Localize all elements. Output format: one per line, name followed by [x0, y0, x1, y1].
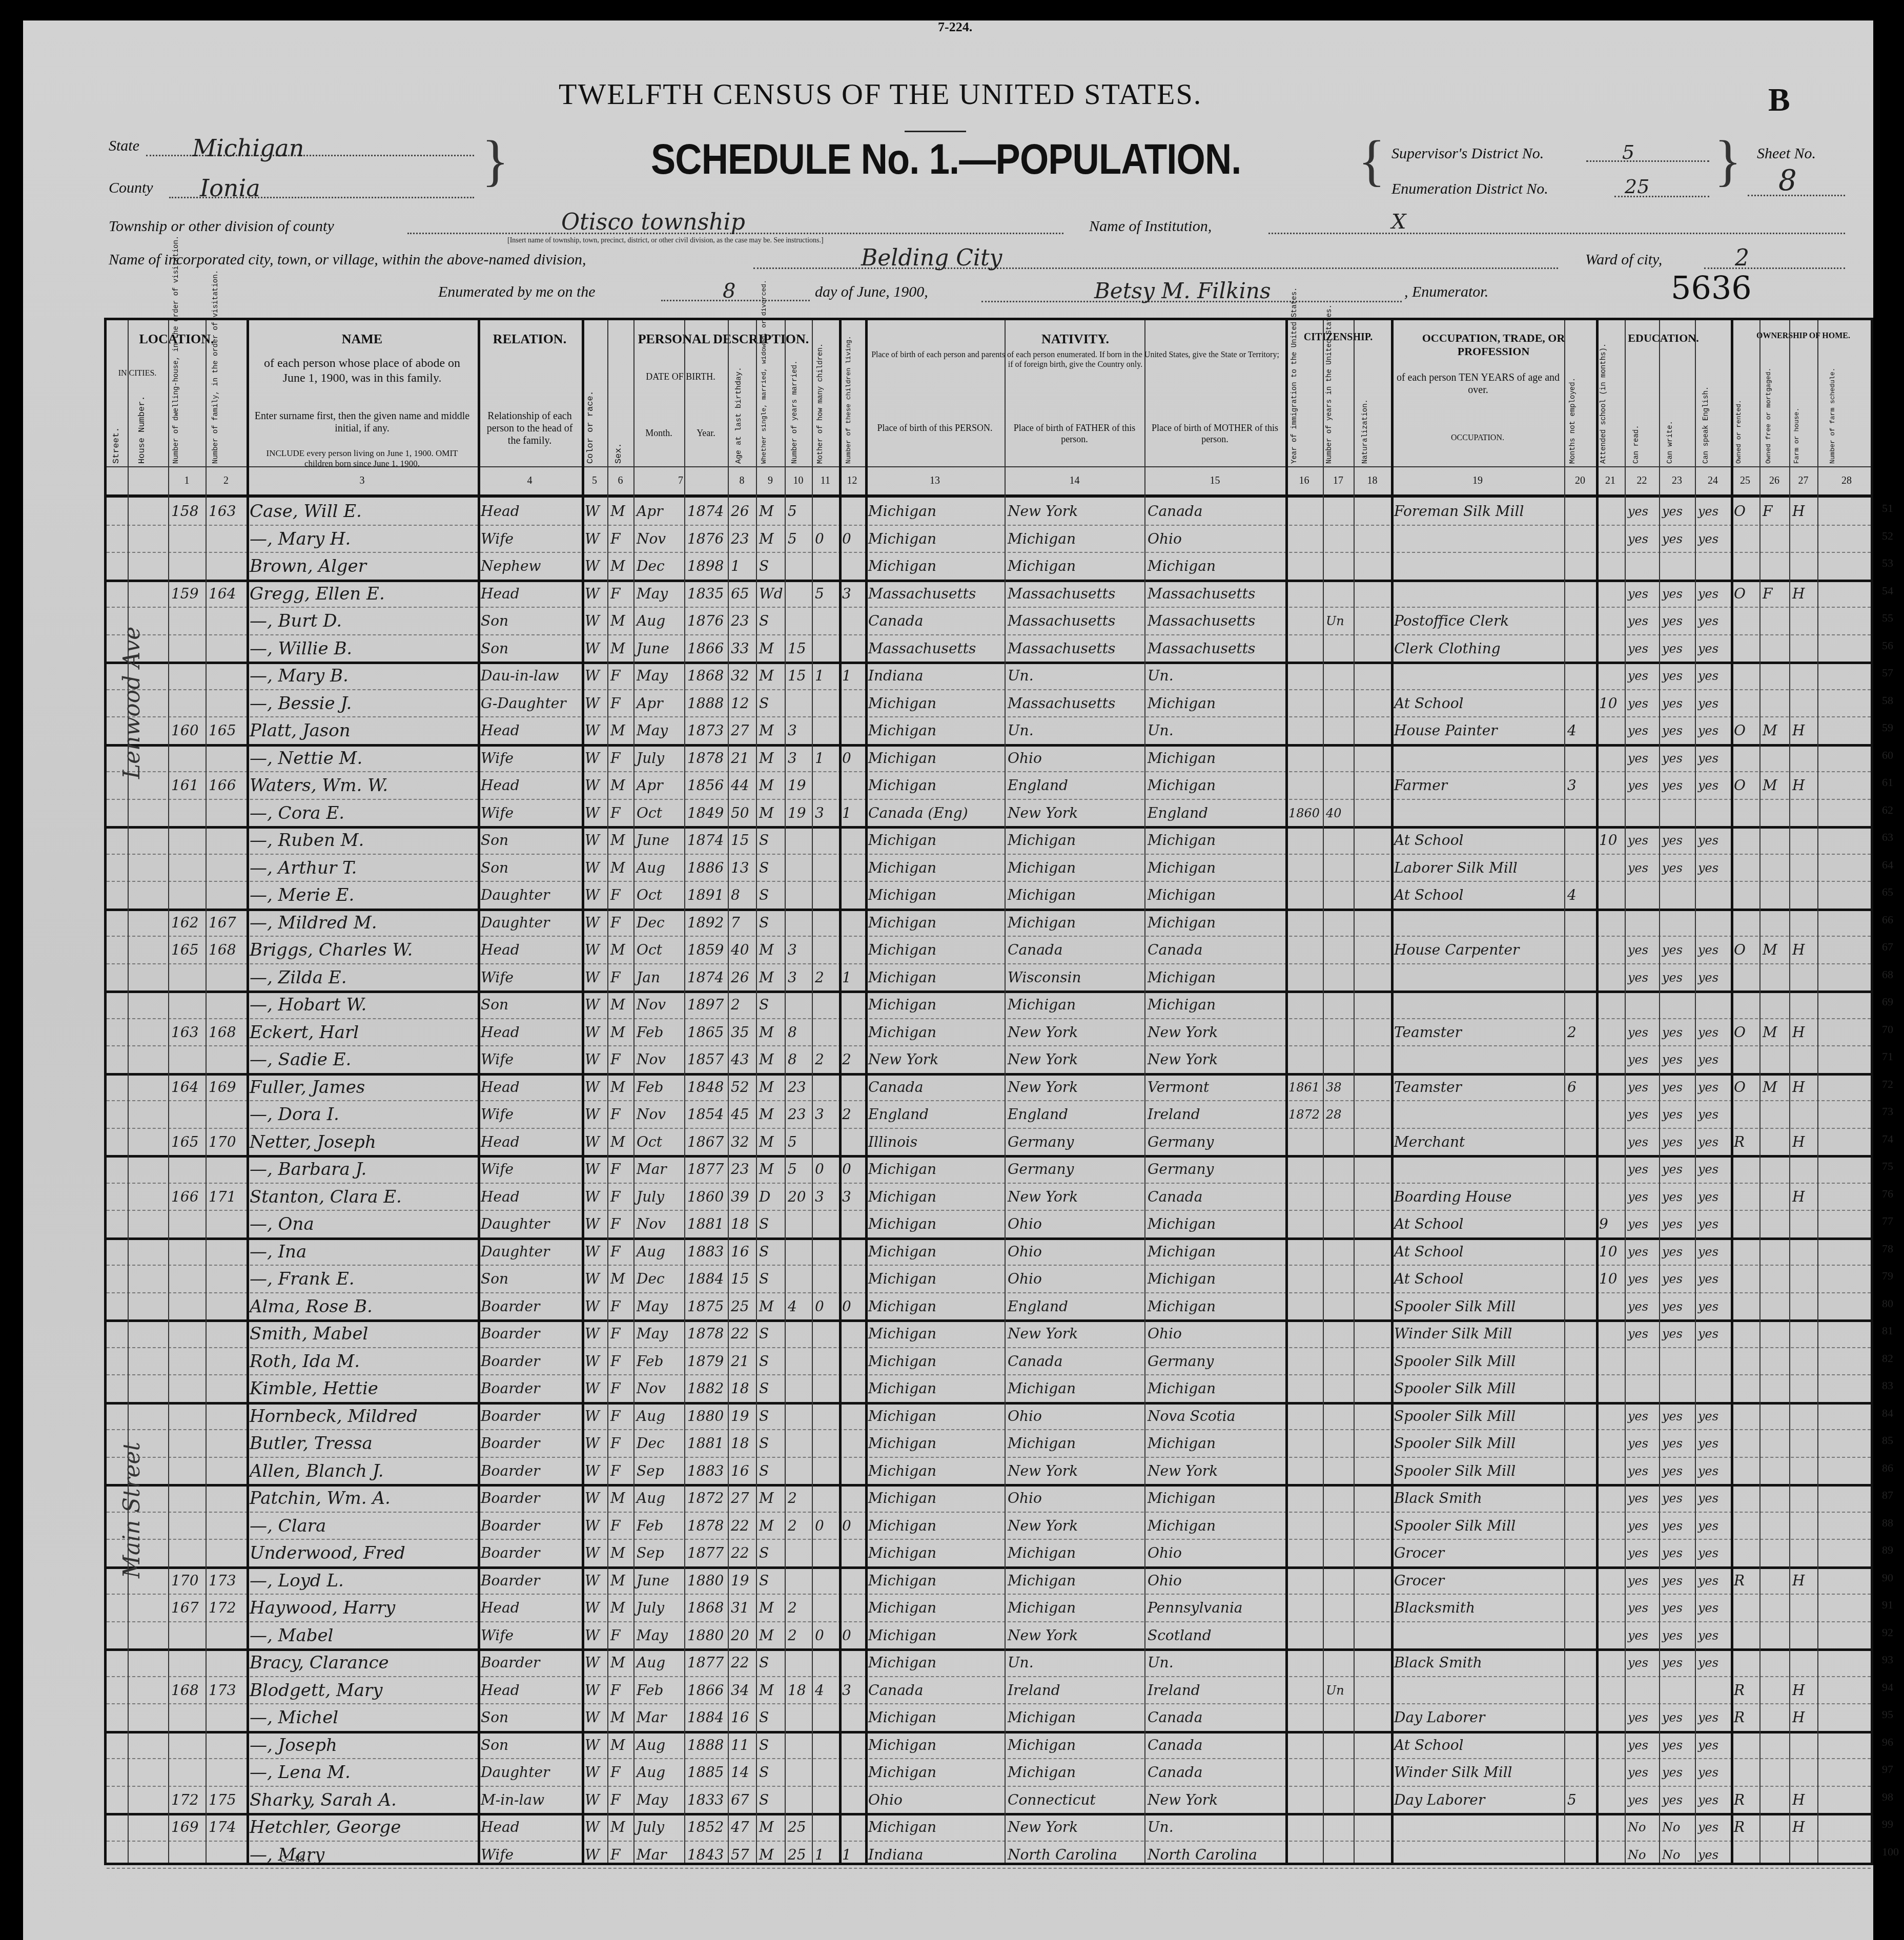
header-birth-mother: Place of birth of MOTHER of this person.	[1150, 423, 1280, 445]
cell-write: yes	[1662, 691, 1694, 716]
cell-unemp	[1567, 499, 1595, 524]
cell-school	[1599, 938, 1624, 962]
cell-month: Oct	[637, 1130, 683, 1154]
cell-yrs-us	[1326, 1459, 1353, 1483]
cell-birth: Michigan	[868, 1760, 1004, 1785]
cell-free: M	[1763, 718, 1788, 743]
cell-month: Mar	[637, 1705, 683, 1730]
cell-month: Sep	[637, 1459, 683, 1483]
cell-english: yes	[1698, 1788, 1730, 1812]
cell-write: yes	[1662, 664, 1694, 688]
cell-family	[209, 828, 245, 853]
column-number: 20	[1564, 475, 1596, 487]
cell-free	[1763, 691, 1788, 716]
cell-mother: Massachusetts	[1148, 636, 1284, 661]
cell-nat	[1357, 1185, 1390, 1209]
supervisor-field[interactable]: 5	[1586, 141, 1709, 162]
cell-marital: M	[759, 664, 784, 688]
cell-owned: R	[1734, 1130, 1758, 1154]
cell-dwelling: 165	[171, 938, 204, 962]
cell-english: yes	[1698, 1075, 1730, 1100]
cell-father: Michigan	[1008, 883, 1143, 907]
line-number: 99	[1882, 1818, 1893, 1831]
cell-family: 173	[209, 1678, 245, 1703]
cell-free	[1763, 1240, 1788, 1264]
cell-father: Michigan	[1008, 1541, 1143, 1565]
cell-yrs-us: 40	[1326, 801, 1353, 825]
cell-school	[1599, 1349, 1624, 1374]
cell-imm: 1860	[1288, 801, 1322, 825]
cell-nat	[1357, 1322, 1390, 1346]
census-title: TWELFTH CENSUS OF THE UNITED STATES.	[559, 77, 1202, 111]
cell-marital: Wd	[759, 582, 784, 606]
cell-school	[1599, 1678, 1624, 1703]
cell-free: F	[1763, 582, 1788, 606]
cell-sex: F	[610, 1322, 632, 1346]
cell-nat	[1357, 1157, 1390, 1182]
cell-write: yes	[1662, 1267, 1694, 1291]
cell-month: July	[637, 1815, 683, 1840]
line-number: 81	[1882, 1324, 1893, 1337]
cell-family: 171	[209, 1185, 245, 1209]
cell-school	[1599, 1596, 1624, 1620]
cell-month: Aug	[637, 609, 683, 633]
cell-unemp: 3	[1567, 773, 1595, 798]
cell-read	[1628, 801, 1658, 825]
cell-dwelling	[171, 1431, 204, 1456]
cell-family	[209, 1843, 245, 1867]
cell-english: yes	[1698, 1815, 1730, 1840]
cell-occupation: At School	[1394, 1240, 1563, 1264]
cell-marital: M	[759, 636, 784, 661]
cell-father: Germany	[1008, 1130, 1143, 1154]
cell-yrs-us	[1326, 527, 1353, 551]
cell-school	[1599, 1623, 1624, 1648]
cell-relation: Wife	[481, 527, 581, 551]
cell-imm	[1288, 1240, 1322, 1264]
cell-write	[1662, 1349, 1694, 1374]
table-row: —, MichelSonWMMar188416SMichiganMichigan…	[107, 1703, 1871, 1733]
cell-birth: Michigan	[868, 1267, 1004, 1291]
cell-read: yes	[1628, 1294, 1658, 1319]
cell-school: 9	[1599, 1212, 1624, 1236]
cell-month: Nov	[637, 1047, 683, 1072]
cell-write: yes	[1662, 1788, 1694, 1812]
column-number: 19	[1391, 475, 1564, 487]
cell-year: 1859	[687, 938, 727, 962]
sheet-field[interactable]: 8	[1748, 164, 1845, 196]
cell-english: yes	[1698, 1157, 1730, 1182]
cell-owned	[1734, 1733, 1758, 1758]
cell-color: W	[585, 1705, 606, 1730]
cell-english: yes	[1698, 1514, 1730, 1538]
cell-unemp	[1567, 1843, 1595, 1867]
cell-free	[1763, 1514, 1788, 1538]
cell-unemp	[1567, 1294, 1595, 1319]
cell-mother: Michigan	[1148, 1240, 1284, 1264]
cell-write: yes	[1662, 1486, 1694, 1511]
cell-mother: Michigan	[1148, 965, 1284, 990]
cell-english: yes	[1698, 1185, 1730, 1209]
cell-farm	[1792, 801, 1816, 825]
cell-age: 40	[731, 938, 755, 962]
ward-field[interactable]: 2	[1704, 245, 1845, 269]
cell-month: Aug	[637, 1240, 683, 1264]
cell-occupation: House Painter	[1394, 718, 1563, 743]
cell-family	[209, 1349, 245, 1374]
cell-age: 2	[731, 993, 755, 1017]
cell-dwelling	[171, 1843, 204, 1867]
cell-color: W	[585, 856, 606, 880]
cell-month: Sep	[637, 1541, 683, 1565]
cell-marital: M	[759, 1130, 784, 1154]
cell-imm	[1288, 1650, 1322, 1675]
cell-year: 1878	[687, 746, 727, 771]
cell-relation: Son	[481, 1733, 581, 1758]
cell-family: 164	[209, 582, 245, 606]
cell-year: 1885	[687, 1760, 727, 1785]
table-row: —, Zilda E.WifeWFJan187426M321MichiganWi…	[107, 963, 1871, 994]
cell-unemp	[1567, 1650, 1595, 1675]
cell-sex: M	[610, 828, 632, 853]
cell-unemp	[1567, 828, 1595, 853]
schedule-title: SCHEDULE No. 1.—POPULATION.	[651, 134, 1241, 184]
cell-owned: O	[1734, 1020, 1758, 1045]
cell-year: 1883	[687, 1240, 727, 1264]
cell-relation: Wife	[481, 1047, 581, 1072]
cell-year: 1860	[687, 1185, 727, 1209]
cell-age: 15	[731, 828, 755, 853]
cell-age: 35	[731, 1020, 755, 1045]
cell-father: Un.	[1008, 718, 1143, 743]
table-row: Hornbeck, MildredBoarderWFAug188019SMich…	[107, 1402, 1871, 1431]
cell-yrs-married: 19	[788, 801, 811, 825]
cell-occupation: Day Laborer	[1394, 1705, 1563, 1730]
street-label-main: Main Street	[119, 1442, 145, 1578]
cell-imm	[1288, 1431, 1322, 1456]
header-ownership: OWNERSHIP OF HOME.	[1731, 332, 1876, 341]
cell-birth: Michigan	[868, 1733, 1004, 1758]
street-label-lenwood: Lenwood Ave	[119, 627, 145, 779]
cell-birth: Michigan	[868, 691, 1004, 716]
cell-sex: F	[610, 1240, 632, 1264]
cell-month: July	[637, 1185, 683, 1209]
cell-living	[842, 1322, 864, 1346]
cell-occupation	[1394, 664, 1563, 688]
line-number: 72	[1882, 1078, 1893, 1091]
cell-family	[209, 1240, 245, 1264]
cell-nat	[1357, 1459, 1390, 1483]
cell-sex: F	[610, 527, 632, 551]
cell-imm	[1288, 1047, 1322, 1072]
cell-occupation: Postoffice Clerk	[1394, 609, 1563, 633]
cell-sex: F	[610, 664, 632, 688]
cell-yrs-us	[1326, 1294, 1353, 1319]
cell-yrs-married: 23	[788, 1075, 811, 1100]
header-farm-schedule: Number of farm schedule.	[1829, 341, 1836, 464]
header-family: Number of family, in the order of visita…	[212, 331, 220, 464]
cell-birth: Michigan	[868, 527, 1004, 551]
cell-father: Michigan	[1008, 1705, 1143, 1730]
cell-birth: Michigan	[868, 1349, 1004, 1374]
cell-yrs-married	[788, 1376, 811, 1401]
cell-nat	[1357, 527, 1390, 551]
line-number: 93	[1882, 1653, 1893, 1666]
column-number: 22	[1625, 475, 1659, 487]
cell-school	[1599, 1075, 1624, 1100]
cell-nat	[1357, 1705, 1390, 1730]
cell-read: yes	[1628, 965, 1658, 990]
cell-unemp	[1567, 1596, 1595, 1620]
cell-age: 16	[731, 1459, 755, 1483]
cell-year: 1866	[687, 636, 727, 661]
footer-code: C—88 1	[280, 1854, 312, 1865]
line-number: 92	[1882, 1626, 1893, 1639]
cell-write	[1662, 993, 1694, 1017]
line-number: 64	[1882, 858, 1893, 872]
cell-free	[1763, 856, 1788, 880]
cell-mother-of: 3	[815, 1185, 838, 1209]
institution-field[interactable]: X	[1268, 210, 1845, 234]
cell-occupation: Blacksmith	[1394, 1596, 1563, 1620]
cell-school	[1599, 1294, 1624, 1319]
cell-marital: M	[759, 746, 784, 771]
column-rule	[1391, 320, 1394, 1863]
state-field[interactable]: Michigan	[146, 134, 474, 156]
cell-living	[842, 828, 864, 853]
cell-sex: M	[610, 1075, 632, 1100]
cell-owned	[1734, 1486, 1758, 1511]
cell-yrs-married: 5	[788, 1157, 811, 1182]
cell-family	[209, 1623, 245, 1648]
enumerated-day-field[interactable]: 8	[661, 279, 810, 301]
cell-color: W	[585, 883, 606, 907]
cell-marital: M	[759, 1020, 784, 1045]
line-number: 68	[1882, 968, 1893, 981]
line-number: 80	[1882, 1297, 1893, 1310]
cell-mother-of	[815, 718, 838, 743]
header-name-desc: of each person whose place of abode on J…	[252, 356, 473, 386]
cell-birth: Michigan	[868, 965, 1004, 990]
township-field[interactable]: Otisco township	[407, 209, 1063, 234]
cell-marital: S	[759, 993, 784, 1017]
cell-month: Nov	[637, 1212, 683, 1236]
table-row: —, Bessie J.G-DaughterWFApr188812SMichig…	[107, 689, 1871, 718]
city-field[interactable]: Belding City	[753, 245, 1558, 269]
cell-dwelling	[171, 1322, 204, 1346]
cell-living	[842, 1020, 864, 1045]
cell-nat	[1357, 1102, 1390, 1127]
header-years-married: Number of years married.	[791, 341, 799, 464]
cell-english: yes	[1698, 1760, 1730, 1785]
cell-color: W	[585, 1431, 606, 1456]
header-citizenship: CITIZENSHIP.	[1285, 332, 1391, 343]
cell-year: 1872	[687, 1486, 727, 1511]
cell-dwelling	[171, 1705, 204, 1730]
line-number: 69	[1882, 995, 1893, 1008]
cell-dwelling	[171, 1157, 204, 1182]
cell-year: 1897	[687, 993, 727, 1017]
cell-yrs-married: 2	[788, 1514, 811, 1538]
cell-living	[842, 1240, 864, 1264]
line-number: 66	[1882, 913, 1893, 926]
cell-school	[1599, 1431, 1624, 1456]
cell-father: Massachusetts	[1008, 636, 1143, 661]
cell-relation: M-in-law	[481, 1788, 581, 1812]
cell-family: 169	[209, 1075, 245, 1100]
cell-yrs-us	[1326, 1705, 1353, 1730]
cell-read: yes	[1628, 746, 1658, 771]
table-row: —, Frank E.SonWMDec188415SMichiganOhioMi…	[107, 1265, 1871, 1293]
column-rule	[607, 320, 608, 1863]
header-occupation: OCCUPATION.	[1391, 433, 1564, 443]
cell-occupation	[1394, 1047, 1563, 1072]
cell-dwelling	[171, 1102, 204, 1127]
cell-father: New York	[1008, 1047, 1143, 1072]
cell-read: yes	[1628, 938, 1658, 962]
cell-nat	[1357, 965, 1390, 990]
header-birth-father: Place of birth of FATHER of this person.	[1010, 423, 1139, 445]
cell-color: W	[585, 527, 606, 551]
column-rule	[1596, 320, 1599, 1863]
cell-dwelling	[171, 856, 204, 880]
cell-read: yes	[1628, 1541, 1658, 1565]
cell-free	[1763, 1596, 1788, 1620]
cell-occupation: Day Laborer	[1394, 1788, 1563, 1812]
cell-farm: H	[1792, 1678, 1816, 1703]
cell-family	[209, 1157, 245, 1182]
cell-relation: Head	[481, 1130, 581, 1154]
cell-yrs-us	[1326, 1376, 1353, 1401]
cell-name: Patchin, Wm. A.	[250, 1486, 477, 1511]
cell-yrs-us	[1326, 1349, 1353, 1374]
cell-imm	[1288, 911, 1322, 935]
cell-free	[1763, 527, 1788, 551]
cell-owned	[1734, 1267, 1758, 1291]
cell-yrs-married: 25	[788, 1815, 811, 1840]
cell-school	[1599, 1733, 1624, 1758]
enumerator-field[interactable]: Betsy M. Filkins	[981, 278, 1402, 302]
cell-mother-of	[815, 1240, 838, 1264]
cell-sex: M	[610, 499, 632, 524]
cell-english: yes	[1698, 1568, 1730, 1593]
cell-marital: M	[759, 1843, 784, 1867]
cell-owned: R	[1734, 1815, 1758, 1840]
cell-yrs-us: Un	[1326, 609, 1353, 633]
line-number: 58	[1882, 694, 1893, 707]
cell-imm	[1288, 1596, 1322, 1620]
cell-relation: Wife	[481, 1102, 581, 1127]
cell-dwelling: 168	[171, 1678, 204, 1703]
column-rule	[865, 320, 868, 1863]
cell-unemp	[1567, 1733, 1595, 1758]
cell-living: 1	[842, 801, 864, 825]
column-number: 27	[1789, 475, 1817, 487]
cell-mother: Michigan	[1148, 1486, 1284, 1511]
cell-year: 1848	[687, 1075, 727, 1100]
cell-yrs-us	[1326, 499, 1353, 524]
cell-dwelling	[171, 1212, 204, 1236]
cell-owned	[1734, 1404, 1758, 1429]
cell-father: Michigan	[1008, 527, 1143, 551]
cell-write: yes	[1662, 1130, 1694, 1154]
cell-sex: F	[610, 1459, 632, 1483]
cell-english	[1698, 911, 1730, 935]
cell-nat	[1357, 773, 1390, 798]
cell-write: yes	[1662, 718, 1694, 743]
table-row: —, Barbara J.WifeWFMar187723M500Michigan…	[107, 1155, 1871, 1184]
cell-birth: Michigan	[868, 938, 1004, 962]
cell-yrs-married	[788, 1760, 811, 1785]
cell-mother-of	[815, 1212, 838, 1236]
cell-relation: Head	[481, 1020, 581, 1045]
cell-family	[209, 856, 245, 880]
county-field[interactable]: Ionia	[169, 174, 474, 198]
cell-name: —, Mabel	[250, 1623, 477, 1648]
cell-english: yes	[1698, 1130, 1730, 1154]
cell-nat	[1357, 691, 1390, 716]
cell-living	[842, 1267, 864, 1291]
cell-school	[1599, 636, 1624, 661]
cell-color: W	[585, 1568, 606, 1593]
cell-month: Aug	[637, 856, 683, 880]
cell-father: New York	[1008, 1185, 1143, 1209]
cell-nat	[1357, 718, 1390, 743]
cell-free	[1763, 1130, 1788, 1154]
table-row: 158163Case, Will E.HeadWMApr187426M5Mich…	[107, 497, 1871, 526]
cell-relation: Boarder	[481, 1294, 581, 1319]
cell-imm	[1288, 938, 1322, 962]
cell-yrs-married: 8	[788, 1047, 811, 1072]
enumeration-field[interactable]: 25	[1614, 175, 1709, 197]
cell-father: England	[1008, 1294, 1143, 1319]
cell-name: Haywood, Harry	[250, 1596, 477, 1620]
cell-school	[1599, 582, 1624, 606]
cell-relation: Son	[481, 1267, 581, 1291]
cell-read: No	[1628, 1843, 1658, 1867]
cell-yrs-married: 19	[788, 773, 811, 798]
cell-age: 22	[731, 1541, 755, 1565]
cell-living: 0	[842, 1294, 864, 1319]
cell-family	[209, 993, 245, 1017]
line-number: 89	[1882, 1543, 1893, 1557]
cell-read: yes	[1628, 1212, 1658, 1236]
cell-sex: F	[610, 1788, 632, 1812]
header-can-read: Can read.	[1632, 397, 1641, 464]
cell-yrs-married	[788, 1349, 811, 1374]
cell-name: Stanton, Clara E.	[250, 1185, 477, 1209]
cell-month: Feb	[637, 1349, 683, 1374]
cell-month: Nov	[637, 527, 683, 551]
cell-unemp	[1567, 582, 1595, 606]
cell-write: yes	[1662, 1185, 1694, 1209]
enumerator-label: , Enumerator.	[1404, 283, 1488, 301]
cell-relation: Wife	[481, 746, 581, 771]
cell-year: 1874	[687, 499, 727, 524]
cell-year: 1877	[687, 1541, 727, 1565]
cell-relation: Boarder	[481, 1322, 581, 1346]
cell-free	[1763, 664, 1788, 688]
enumerator-name: Betsy M. Filkins	[1094, 278, 1271, 303]
cell-family	[209, 1212, 245, 1236]
table-row: 165168Briggs, Charles W.HeadWMOct185940M…	[107, 936, 1871, 964]
cell-living: 2	[842, 1047, 864, 1072]
cell-sex: F	[610, 1760, 632, 1785]
cell-yrs-married: 5	[788, 499, 811, 524]
cell-free	[1763, 1623, 1788, 1648]
cell-name: Hornbeck, Mildred	[250, 1404, 477, 1429]
cell-age: 15	[731, 1267, 755, 1291]
